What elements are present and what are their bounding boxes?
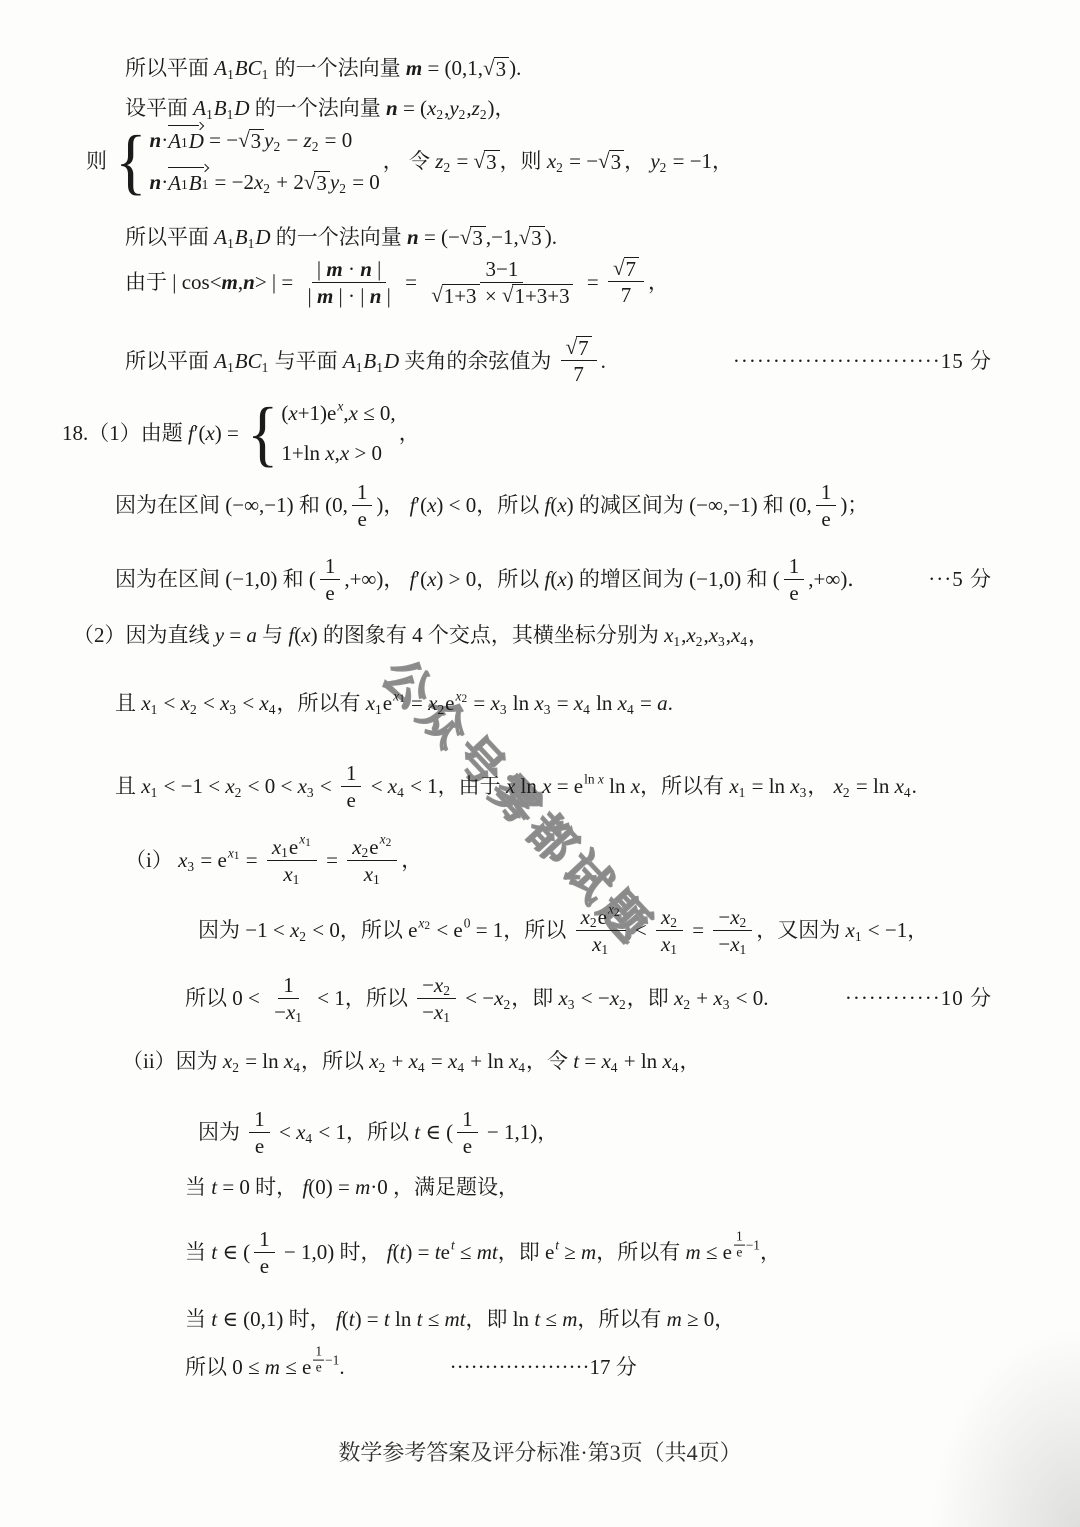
math-line-inequality-chain: 因为 −1 < x2 < 0，所以 ex2 < e0 = 1，所以 x2ex2x… <box>198 904 928 958</box>
math-line-part2-intersections: （2）因为直线 y = a 与 f(x) 的图象有 4 个交点，其横坐标分别为 … <box>73 622 769 649</box>
math-line-t-negative-case: 当 t ∈ (1e − 1,0) 时， f(t) = tet ≤ mt，即 et… <box>185 1226 781 1280</box>
scan-shadow <box>930 1327 1080 1527</box>
math-line-m-range-conclusion: 所以 0 ≤ m ≤ e1e−1.····················17 … <box>185 1352 637 1383</box>
math-line-plane-a1b1d-normal-n: 所以平面 A1B1D 的一个法向量 n = (−√3,−1,√3). <box>125 224 557 251</box>
math-line-q18-part1-derivative: 18.（1）由题 f′(x) = {(x+1)ex,x ≤ 0,1+ln x,x… <box>62 400 420 468</box>
math-line-ordering-equalities: 且 x1 < x2 < x3 < x4，所以有 x1ex1 = x2ex2 = … <box>115 690 673 717</box>
math-line-case-ii-substitution: （ii）因为 x2 = ln x4，所以 x2 + x4 = x4 + ln x… <box>122 1048 700 1075</box>
math-line-decreasing-intervals: 因为在区间 (−∞,−1) 和 (0,1e)， f′(x) < 0，所以 f(x… <box>115 479 868 533</box>
math-line-normal-system: 则 {n·A1D = −√3y2 − z2 = 0n·A1B1 = −2x2 +… <box>86 126 733 198</box>
math-line-bounds-log-identity: 且 x1 < −1 < x2 < 0 < x3 < 1e < x4 < 1，由于… <box>115 760 917 814</box>
math-line-case-i-x3: （i） x3 = ex1 = x1ex1x1 = x2ex2x1， <box>125 834 422 888</box>
math-line-t-range: 因为 1e < x4 < 1，所以 t ∈ (1e − 1,1)， <box>198 1106 558 1160</box>
exam-answer-page: 公众号雾都试题 所以平面 A1BC1 的一个法向量 m = (0,1,√3). … <box>0 0 1080 1527</box>
page-footer: 数学参考答案及评分标准·第3页（共4页） <box>0 1436 1080 1467</box>
math-line-plane-a1b1d-setup: 设平面 A1B1D 的一个法向量 n = (x2,y2,z2)， <box>125 95 516 122</box>
math-line-cosine-conclusion: 所以平面 A1BC1 与平面 A1B1D 夹角的余弦值为 √77.·······… <box>125 336 992 387</box>
math-line-cos-angle-formula: 由于 | cos<m,n> | = | m · n || m | · | n |… <box>125 256 669 310</box>
math-line-x2-plus-x3: 所以 0 < 1−x1 < 1，所以 −x2−x1 < −x2，即 x3 < −… <box>185 972 992 1026</box>
math-line-t-positive-case: 当 t ∈ (0,1) 时， f(t) = t ln t ≤ mt，即 ln t… <box>185 1306 735 1333</box>
math-line-increasing-intervals: 因为在区间 (−1,0) 和 (1e,+∞)， f′(x) > 0，所以 f(x… <box>115 553 992 607</box>
math-line-t-zero-case: 当 t = 0 时， f(0) = m·0 ，满足题设， <box>185 1174 519 1201</box>
math-line-plane-a1bc1-normal-m: 所以平面 A1BC1 的一个法向量 m = (0,1,√3). <box>125 55 521 82</box>
